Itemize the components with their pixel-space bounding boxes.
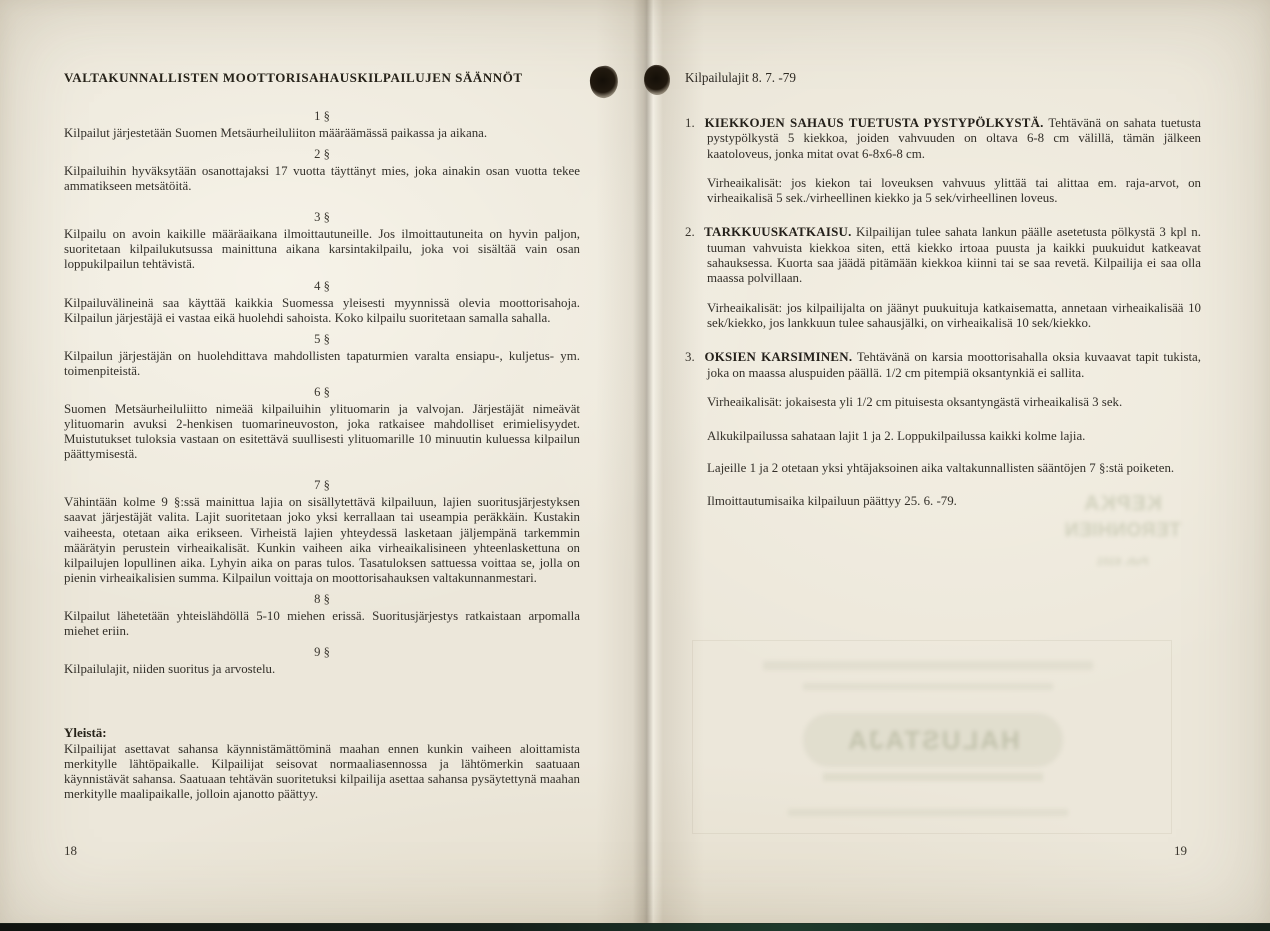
rule-section-3: 3 § Kilpailu on avoin kaikille määräaika… [64, 211, 580, 272]
rule-section-2: 2 § Kilpailuihin hyväksytään osanottajak… [64, 148, 580, 194]
section-mark: 6 § [64, 386, 580, 399]
item-number: 3. [685, 350, 700, 364]
right-page: Kilpailulajit 8. 7. -79 1. KIEKKOJEN SAH… [685, 70, 1201, 526]
item-title: TARKKUUSKATKAISU. [704, 225, 851, 239]
penalty-text-3: Virheaikalisät: jokaisesta yli 1/2 cm pi… [685, 395, 1201, 410]
section-mark: 4 § [64, 280, 580, 293]
section-mark: 5 § [64, 333, 580, 346]
binding-hole-right [643, 64, 672, 97]
section-text: Vähintään kolme 9 §:ssä mainittua lajia … [64, 495, 580, 586]
page-number-18: 18 [64, 843, 77, 859]
general-rules-block: Yleistä: Kilpailijat asettavat sahansa k… [64, 725, 580, 802]
scanned-booklet-spread: { "colors": { "paper": "#ece7da", "ink":… [0, 0, 1270, 931]
section-mark: 9 § [64, 646, 580, 659]
events-header: Kilpailulajit 8. 7. -79 [685, 70, 1201, 86]
left-page: VALTAKUNNALLISTEN MOOTTORISAHAUSKILPAILU… [64, 70, 580, 803]
item-number: 2. [685, 225, 700, 239]
section-mark: 3 § [64, 211, 580, 224]
binding-hole-left [588, 64, 620, 100]
rule-section-4: 4 § Kilpailuvälineinä saa käyttää kaikki… [64, 280, 580, 326]
document-title: VALTAKUNNALLISTEN MOOTTORISAHAUSKILPAILU… [64, 70, 580, 86]
section-text: Kilpailun järjestäjän on huolehdittava m… [64, 349, 580, 379]
show-through-ghost-logo: HALUSTAJA [803, 713, 1063, 767]
photo-bottom-edge [0, 923, 1270, 931]
section-mark: 7 § [64, 479, 580, 492]
section-mark: 2 § [64, 148, 580, 161]
item-number: 1. [685, 116, 700, 130]
event-item-3: 3. OKSIEN KARSIMINEN. Tehtävänä on karsi… [685, 350, 1201, 381]
general-rules-heading: Yleistä: [64, 725, 580, 741]
note-qualification: Alkukilpailussa sahataan lajit 1 ja 2. L… [685, 429, 1201, 444]
rule-section-6: 6 § Suomen Metsäurheiluliitto nimeää kil… [64, 386, 580, 462]
section-mark: 1 § [64, 110, 580, 123]
general-rules-text: Kilpailijat asettavat sahansa käynnistäm… [64, 742, 580, 802]
section-text: Suomen Metsäurheiluliitto nimeää kilpail… [64, 402, 580, 462]
rule-section-8: 8 § Kilpailut lähetetään yhteislähdöllä … [64, 593, 580, 639]
section-text: Kilpailuvälineinä saa käyttää kaikkia Su… [64, 296, 580, 326]
section-text: Kilpailut järjestetään Suomen Metsäurhei… [64, 126, 580, 141]
rule-section-9: 9 § Kilpailulajit, niiden suoritus ja ar… [64, 646, 580, 677]
note-timing-exception: Lajeille 1 ja 2 otetaan yksi yhtäjaksoin… [685, 461, 1201, 476]
section-mark: 8 § [64, 593, 580, 606]
event-item-1: 1. KIEKKOJEN SAHAUS TUETUSTA PYSTYPÖLKYS… [685, 116, 1201, 162]
penalty-text-1: Virheaikalisät: jos kiekon tai loveuksen… [685, 176, 1201, 207]
section-text: Kilpailulajit, niiden suoritus ja arvost… [64, 662, 580, 677]
event-item-2: 2. TARKKUUSKATKAISU. Kilpailijan tulee s… [685, 225, 1201, 286]
rule-section-1: 1 § Kilpailut järjestetään Suomen Metsäu… [64, 110, 580, 141]
page-number-19: 19 [1174, 843, 1187, 859]
section-text: Kilpailu on avoin kaikille määräaikana i… [64, 227, 580, 272]
rule-section-5: 5 § Kilpailun järjestäjän on huolehditta… [64, 333, 580, 379]
penalty-text-2: Virheaikalisät: jos kilpailijalta on jää… [685, 301, 1201, 332]
item-title: OKSIEN KARSIMINEN. [704, 350, 852, 364]
show-through-ghost-ad-box: HALUSTAJA [692, 640, 1172, 834]
item-title: KIEKKOJEN SAHAUS TUETUSTA PYSTYPÖLKYSTÄ. [705, 116, 1044, 130]
note-registration-deadline: Ilmoittautumisaika kilpailuun päättyy 25… [685, 494, 1201, 509]
section-text: Kilpailuihin hyväksytään osanottajaksi 1… [64, 164, 580, 194]
section-text: Kilpailut lähetetään yhteislähdöllä 5-10… [64, 609, 580, 639]
rule-section-7: 7 § Vähintään kolme 9 §:ssä mainittua la… [64, 479, 580, 586]
